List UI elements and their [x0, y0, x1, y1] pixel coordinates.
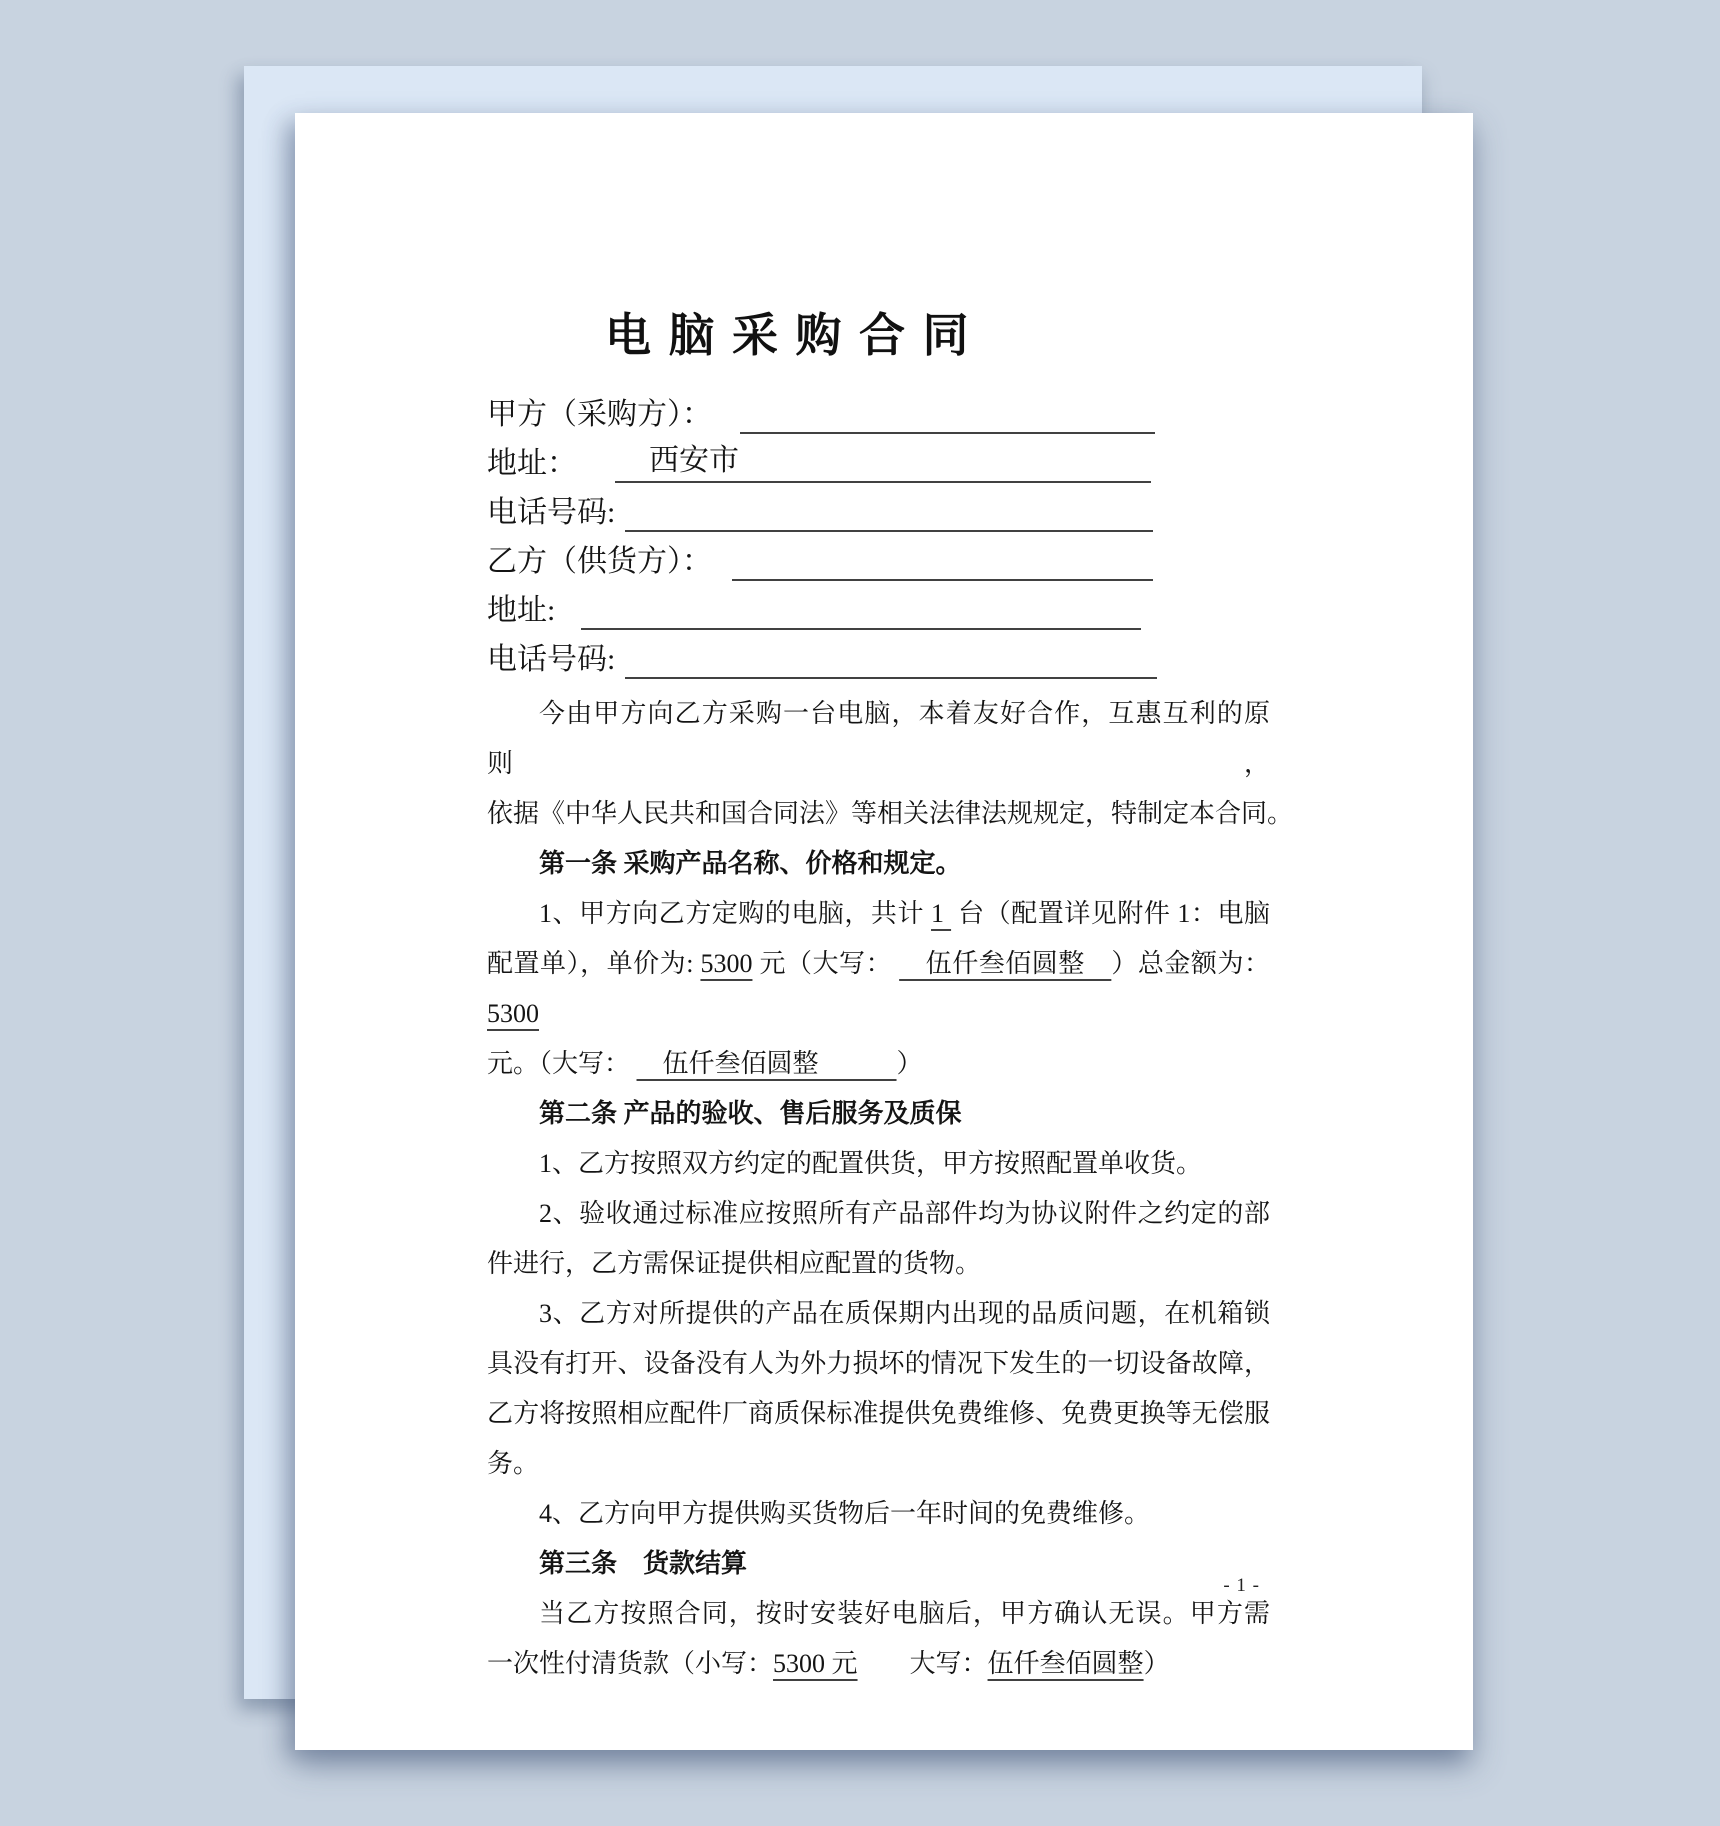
body-line: 第一条 采购产品名称、价格和规定。 — [487, 839, 1270, 889]
underlined-value: 5300 — [700, 949, 752, 978]
underlined-value: 伍仟叁佰圆整 — [899, 949, 1111, 978]
field-underline — [625, 635, 1157, 679]
field-label: 乙方（供货方）： — [487, 543, 712, 581]
body-text: 第二条 产品的验收、售后服务及质保 — [539, 1099, 962, 1128]
field-underline — [740, 390, 1155, 434]
body-line: 第二条 产品的验收、售后服务及质保 — [487, 1089, 1270, 1139]
field-seller-address: 地址: — [487, 581, 1141, 630]
field-buyer-phone: 电话号码: — [487, 483, 1153, 532]
body-text: 元。（大写： — [487, 1049, 637, 1078]
field-label: 地址： — [487, 445, 577, 483]
contract-content: 电 脑 采 购 合 同 甲方（采购方）： 地址： 西安市 电话号码: — [487, 113, 1270, 1689]
underlined-value: 5300 元 — [773, 1649, 858, 1678]
party-info-fields: 甲方（采购方）： 地址： 西安市 电话号码: 乙方（供货方）： — [487, 385, 1270, 679]
body-text: 配置单），单价为: — [487, 949, 700, 978]
body-text: 具没有打开、设备没有人为外力损坏的情况下发生的一切设备故障， — [487, 1349, 1270, 1378]
field-underline — [625, 488, 1153, 532]
body-text: 元（大写： — [752, 949, 899, 978]
underlined-value: 伍仟叁佰圆整 — [637, 1049, 897, 1078]
body-line: 2、验收通过标准应按照所有产品部件均为协议附件之约定的部 — [487, 1189, 1270, 1239]
body-text: 乙方将按照相应配件厂商质保标准提供免费维修、免费更换等无偿服 — [487, 1399, 1270, 1428]
body-text: 第三条 货款结算 — [539, 1549, 747, 1578]
body-line: 当乙方按照合同，按时安装好电脑后，甲方确认无误。甲方需 — [487, 1589, 1270, 1639]
body-text: 今由甲方向乙方采购一台电脑，本着友好合作，互惠互利的原则， — [487, 699, 1270, 778]
body-line: 第三条 货款结算 — [487, 1539, 1270, 1589]
body-text: 3、乙方对所提供的产品在质保期内出现的品质问题，在机箱锁 — [539, 1299, 1270, 1328]
field-label: 电话号码: — [487, 641, 615, 679]
body-line: 今由甲方向乙方采购一台电脑，本着友好合作，互惠互利的原则， — [487, 689, 1270, 789]
contract-body: 今由甲方向乙方采购一台电脑，本着友好合作，互惠互利的原则，依据《中华人民共和国合… — [487, 689, 1270, 1689]
field-underline — [732, 537, 1153, 581]
body-line: 乙方将按照相应配件厂商质保标准提供免费维修、免费更换等无偿服 — [487, 1389, 1270, 1439]
field-buyer-address: 地址： 西安市 — [487, 434, 1151, 483]
body-line: 4、乙方向甲方提供购买货物后一年时间的免费维修。 — [487, 1489, 1270, 1539]
body-line: 配置单），单价为: 5300 元（大写： 伍仟叁佰圆整 ）总金额为：5300 — [487, 939, 1270, 1039]
body-text: 件进行，乙方需保证提供相应配置的货物。 — [487, 1249, 981, 1278]
body-text: 第一条 采购产品名称、价格和规定。 — [539, 849, 962, 878]
field-underline — [581, 586, 1141, 630]
field-seller-name: 乙方（供货方）： — [487, 532, 1153, 581]
body-text: 4、乙方向甲方提供购买货物后一年时间的免费维修。 — [539, 1499, 1150, 1528]
body-text: 务。 — [487, 1449, 539, 1478]
field-label: 电话号码: — [487, 494, 615, 532]
body-text: 2、验收通过标准应按照所有产品部件均为协议附件之约定的部 — [539, 1199, 1270, 1228]
document-title: 电 脑 采 购 合 同 — [605, 313, 1270, 359]
field-label: 地址: — [487, 592, 555, 630]
body-text: 1、乙方按照双方约定的配置供货，甲方按照配置单收货。 — [539, 1149, 1202, 1178]
desktop-background: { "colors": { "background": "#c8d3e0", "… — [0, 0, 1720, 1826]
underlined-value: 伍仟叁佰圆整 — [988, 1649, 1144, 1678]
body-line: 具没有打开、设备没有人为外力损坏的情况下发生的一切设备故障， — [487, 1339, 1270, 1389]
body-text: ）总金额为： — [1111, 949, 1270, 978]
body-text: 依据《中华人民共和国合同法》等相关法律法规规定，特制定本合同。 — [487, 799, 1293, 828]
body-text: 一次性付清货款（小写： — [487, 1649, 773, 1678]
body-line: 元。（大写： 伍仟叁佰圆整 ） — [487, 1039, 1270, 1089]
underlined-value: 5300 — [487, 999, 539, 1028]
body-line: 1、甲方向乙方定购的电脑，共计 1 台（配置详见附件 1：电脑 — [487, 889, 1270, 939]
body-text: ） — [897, 1049, 923, 1078]
field-label: 甲方（采购方）： — [487, 396, 712, 434]
body-text: 台（配置详见附件 1：电脑 — [951, 899, 1270, 928]
page-number: - 1 - — [1223, 1575, 1260, 1597]
body-text: 大写： — [858, 1649, 988, 1678]
body-line: 件进行，乙方需保证提供相应配置的货物。 — [487, 1239, 1270, 1289]
body-line: 务。 — [487, 1439, 1270, 1489]
field-seller-phone: 电话号码: — [487, 630, 1157, 679]
field-value: 西安市 — [615, 441, 739, 481]
field-buyer-name: 甲方（采购方）： — [487, 385, 1155, 434]
body-text: ） — [1144, 1649, 1170, 1678]
body-line: 1、乙方按照双方约定的配置供货，甲方按照配置单收货。 — [487, 1139, 1270, 1189]
body-line: 依据《中华人民共和国合同法》等相关法律法规规定，特制定本合同。 — [487, 789, 1270, 839]
body-text: 1、甲方向乙方定购的电脑，共计 — [539, 899, 931, 928]
body-line: 一次性付清货款（小写：5300 元 大写：伍仟叁佰圆整） — [487, 1639, 1270, 1689]
body-line: 3、乙方对所提供的产品在质保期内出现的品质问题，在机箱锁 — [487, 1289, 1270, 1339]
underlined-value: 1 — [931, 899, 951, 928]
contract-page: 电 脑 采 购 合 同 甲方（采购方）： 地址： 西安市 电话号码: — [295, 113, 1473, 1750]
body-text: 当乙方按照合同，按时安装好电脑后，甲方确认无误。甲方需 — [539, 1599, 1270, 1628]
field-underline: 西安市 — [615, 439, 1151, 483]
